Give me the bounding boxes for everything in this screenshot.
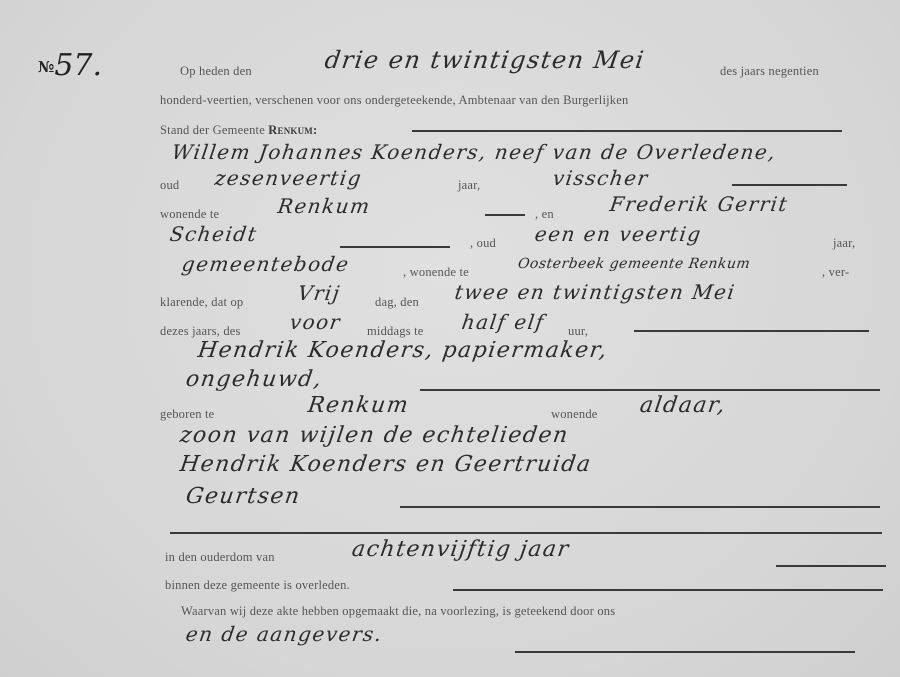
- print-oud: oud: [160, 178, 179, 193]
- fill-line: [485, 214, 525, 216]
- hand-informant-2-surname: Scheidt: [168, 222, 259, 246]
- print-line-2: honderd-veertien, verschenen voor ons on…: [160, 93, 628, 108]
- print-jaar: jaar,: [458, 178, 480, 193]
- print-jaar-2: jaar,: [833, 236, 855, 251]
- fill-line: [634, 330, 869, 332]
- hand-date-of-death: twee en twintigsten Mei: [453, 280, 737, 304]
- print-oud-2: , oud: [470, 236, 496, 251]
- print-klarende: klarende, dat op: [160, 295, 243, 310]
- hand-informant-2-occupation: gemeentebode: [180, 252, 351, 276]
- hand-deceased-name-occupation: Hendrik Koenders, papiermaker,: [196, 338, 609, 363]
- fill-line: [732, 184, 847, 186]
- hand-date-of-act: drie en twintigsten Mei: [323, 46, 647, 74]
- hand-informant-2-age: een en veertig: [533, 222, 703, 246]
- hand-day-of-week: Vrij: [296, 281, 342, 305]
- fill-line: [340, 246, 450, 248]
- hand-birthplace: Renkum: [306, 393, 411, 418]
- record-number: №57.: [38, 48, 102, 83]
- print-uur: uur,: [568, 324, 588, 339]
- hand-parents-names: Hendrik Koenders en Geertruida: [178, 452, 593, 477]
- hand-informant-2-residence: Oosterbeek gemeente Renkum: [517, 256, 751, 272]
- hand-part-of-day: voor: [288, 310, 342, 334]
- print-waarvan: Waarvan wij deze akte hebben opgemaakt d…: [181, 604, 615, 619]
- hand-informant-1: Willem Johannes Koenders, neef van de Ov…: [170, 140, 778, 164]
- number-suffix: .: [93, 48, 103, 83]
- hand-time-of-death: half elf: [460, 310, 546, 334]
- print-des-jaars: des jaars negentien: [720, 64, 819, 79]
- print-dag-den: dag, den: [375, 295, 419, 310]
- fill-line: [453, 589, 883, 591]
- municipality-name: Renkum:: [268, 123, 317, 137]
- print-dezes-jaars: dezes jaars, des: [160, 324, 241, 339]
- number-prefix: №: [38, 58, 54, 76]
- hand-marital-status: ongehuwd,: [184, 367, 324, 392]
- print-wonende: wonende: [551, 407, 598, 422]
- print-wonende-te-2: , wonende te: [403, 265, 469, 280]
- hand-informant-1-age: zesenveertig: [213, 166, 363, 190]
- hand-closing: en de aangevers.: [184, 622, 384, 646]
- fill-line: [515, 651, 855, 653]
- fill-line: [420, 389, 880, 391]
- print-middags-te: middags te: [367, 324, 424, 339]
- fill-line: [776, 565, 886, 567]
- civil-death-record-page: №57. Op heden den drie en twintigsten Me…: [0, 0, 900, 677]
- hand-residence: aldaar,: [638, 393, 728, 418]
- print-stand-der-gemeente: Stand der Gemeente Renkum:: [160, 123, 317, 138]
- print-op-heden-den: Op heden den: [180, 64, 252, 79]
- fill-line: [412, 130, 842, 132]
- fill-line: [400, 506, 880, 508]
- hand-informant-2-name: Frederik Gerrit: [608, 192, 790, 216]
- print-overleden: binnen deze gemeente is overleden.: [165, 578, 350, 593]
- print-stand-label: Stand der Gemeente: [160, 123, 265, 137]
- print-ver: , ver-: [822, 265, 849, 280]
- print-en: , en: [535, 207, 554, 222]
- hand-informant-1-residence: Renkum: [276, 194, 372, 218]
- hand-parents-intro: zoon van wijlen de echtelieden: [178, 423, 570, 448]
- number-value: 57: [54, 48, 92, 83]
- print-geboren-te: geboren te: [160, 407, 214, 422]
- print-wonende-te: wonende te: [160, 207, 219, 222]
- fill-line: [170, 532, 882, 534]
- hand-informant-1-occupation: visscher: [551, 166, 650, 190]
- print-ouderdom: in den ouderdom van: [165, 550, 275, 565]
- hand-age-of-deceased: achtenvijftig jaar: [350, 537, 571, 562]
- hand-mother-surname: Geurtsen: [184, 484, 302, 509]
